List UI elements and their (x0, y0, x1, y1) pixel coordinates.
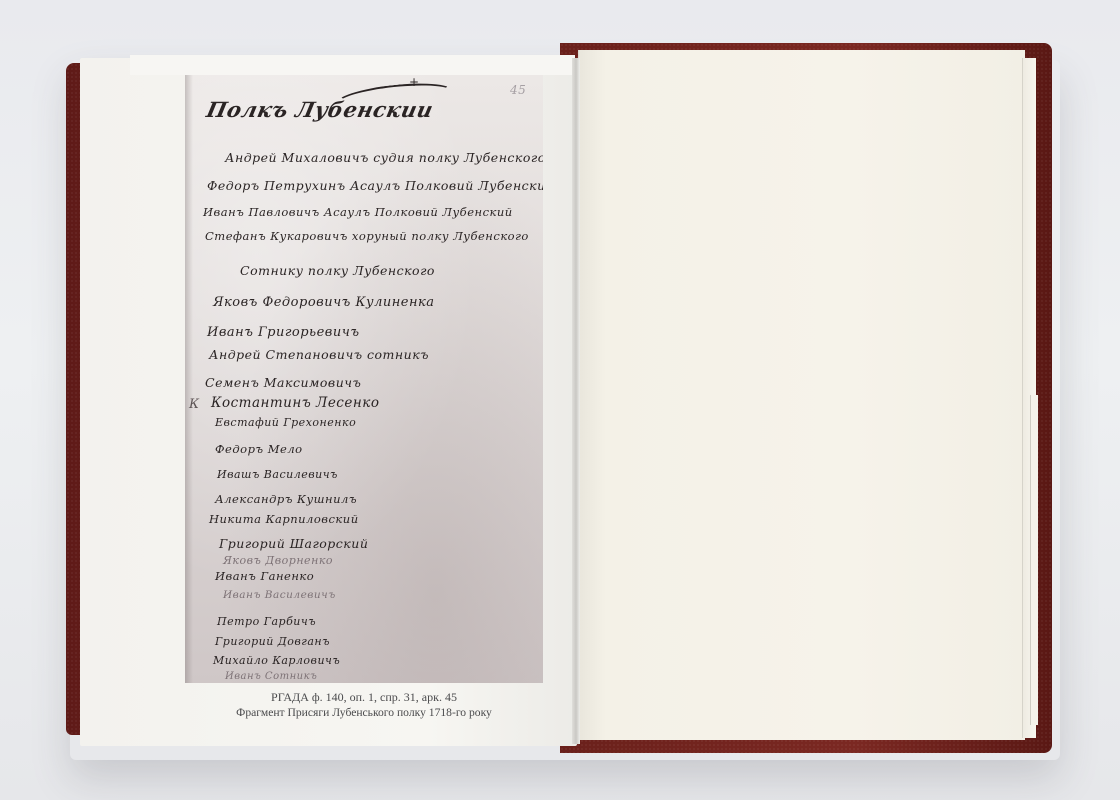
manuscript-line: Григорий Шагорский (219, 536, 368, 551)
manuscript-line: Ивашъ Василевичъ (217, 468, 338, 481)
manuscript-line: Александръ Кушнилъ (215, 492, 357, 506)
margin-mark: К (189, 397, 200, 412)
manuscript-line: Яковъ Федоровичъ Кулиненка (213, 295, 435, 310)
manuscript-facsimile: 45 Полкъ Лубенскии + Андрей Михаловичъ с… (185, 75, 543, 683)
caption-description: Фрагмент Присяги Лубенського полку 1718-… (185, 705, 543, 721)
manuscript-line: Евстафий Грехоненко (215, 416, 356, 429)
manuscript-line: Михайло Карловичъ (213, 654, 340, 667)
cross-mark-icon: + (409, 75, 420, 89)
manuscript-line: Костантинъ Лесенко (211, 395, 379, 411)
manuscript-line: Андрей Михаловичъ судия полку Лубенского (225, 150, 543, 165)
left-page-top-edge (130, 55, 575, 75)
book-gutter (572, 58, 580, 744)
caption-archive-reference: РГАДА ф. 140, оп. 1, спр. 31, арк. 45 (185, 689, 543, 705)
manuscript-line: Андрей Степановичъ сотникъ (209, 347, 429, 362)
manuscript-line: Иванъ Павловичъ Асаулъ Полковий Лубенски… (203, 205, 513, 219)
manuscript-line: Иванъ Ганенко (215, 569, 314, 583)
manuscript-line: Иванъ Василевичъ (223, 589, 336, 601)
manuscript-line: Стефанъ Кукаровичъ хоруный полку Лубенск… (205, 229, 529, 243)
right-page-blank (578, 50, 1025, 740)
manuscript-line: Семенъ Максимовичъ (205, 375, 361, 390)
manuscript-line: Иванъ Сотникъ (225, 671, 317, 682)
manuscript-line: Сотнику полку Лубенского (240, 263, 435, 278)
manuscript-line: Федоръ Петрухинъ Асаулъ Полковий Лубенск… (207, 178, 543, 193)
manuscript-line: Яковъ Дворненко (223, 554, 333, 567)
manuscript-line: Федоръ Мело (215, 442, 303, 456)
right-page-inner-leaf (1030, 395, 1038, 725)
folio-number: 45 (510, 83, 526, 97)
manuscript-line: Петро Гарбичъ (217, 615, 316, 628)
figure-caption: РГАДА ф. 140, оп. 1, спр. 31, арк. 45 Фр… (185, 689, 543, 721)
manuscript-line: Григорий Довганъ (215, 635, 330, 648)
manuscript-line: Иванъ Григорьевичъ (207, 325, 360, 340)
manuscript-line: Никита Карпиловский (209, 512, 359, 526)
